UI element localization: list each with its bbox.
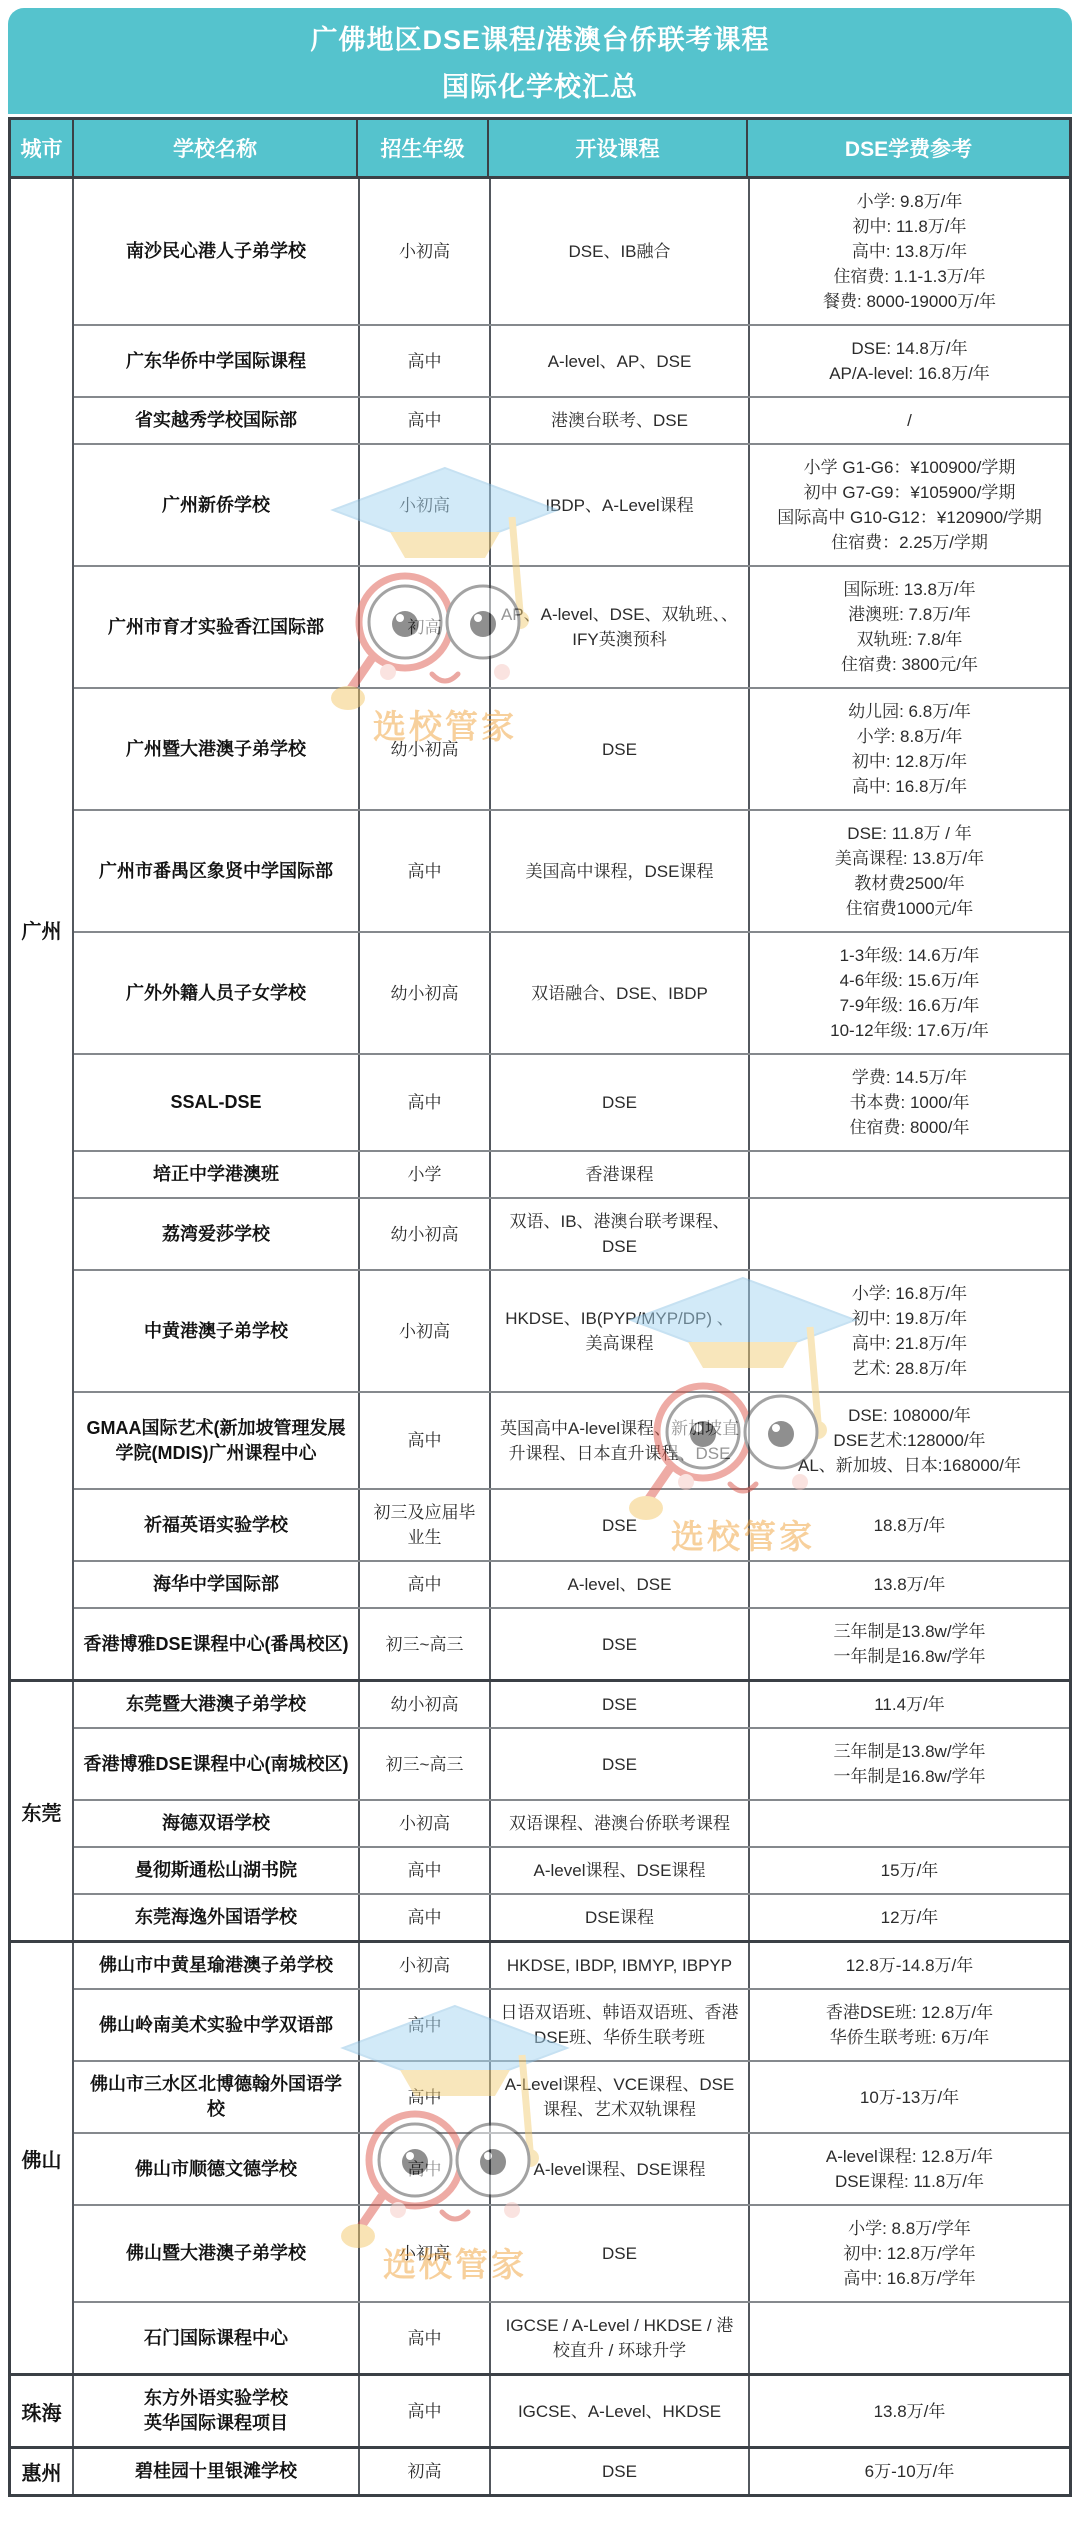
courses-cell: HKDSE, IBDP, IBMYP, IBPYP <box>489 1943 748 1988</box>
grade-cell: 小初高 <box>358 1271 489 1391</box>
grade-cell: 幼小初高 <box>358 689 489 809</box>
fee-line: 13.8万/年 <box>874 2399 946 2424</box>
fee-cell: 15万/年 <box>748 1848 1069 1893</box>
courses-cell: IGCSE、A-Level、HKDSE <box>489 2376 748 2446</box>
table-row: GMAA国际艺术(新加坡管理发展学院(MDIS)广州课程中心高中英国高中A-le… <box>74 1391 1069 1488</box>
school-name: 祈福英语实验学校 <box>74 1490 358 1560</box>
table-row: 省实越秀学校国际部高中港澳台联考、DSE/ <box>74 396 1069 443</box>
fee-line: 教材费2500/年 <box>854 871 965 896</box>
table-row: 石门国际课程中心高中IGCSE / A-Level / HKDSE / 港校直升… <box>74 2301 1069 2373</box>
fee-line: 国际高中 G10-G12：¥120900/学期 <box>777 505 1042 530</box>
grade-cell: 初高 <box>358 567 489 687</box>
fee-line: 18.8万/年 <box>874 1513 946 1538</box>
page: 广佛地区DSE课程/港澳台侨联考课程 国际化学校汇总 城市 学校名称 招生年级 … <box>0 0 1080 2530</box>
table-row: 香港博雅DSE课程中心(番禺校区)初三~高三DSE三年制是13.8w/学年一年制… <box>74 1607 1069 1679</box>
grade-cell: 高中 <box>358 2303 489 2373</box>
fee-cell: 小学: 8.8万/学年初中: 12.8万/学年高中: 16.8万/学年 <box>748 2206 1069 2301</box>
school-name: GMAA国际艺术(新加坡管理发展学院(MDIS)广州课程中心 <box>74 1393 358 1488</box>
school-name: 东莞暨大港澳子弟学校 <box>74 1682 358 1727</box>
table-row: 广州暨大港澳子弟学校幼小初高DSE幼儿园: 6.8万/年小学: 8.8万/年初中… <box>74 687 1069 809</box>
fee-cell <box>748 1199 1069 1269</box>
school-name: 南沙民心港人子弟学校 <box>74 179 358 324</box>
fee-cell: DSE: 108000/年DSE艺术:128000/年AL、新加坡、日本:168… <box>748 1393 1069 1488</box>
fee-line: DSE: 108000/年 <box>848 1403 971 1428</box>
table-row: 广外外籍人员子女学校幼小初高双语融合、DSE、IBDP1-3年级: 14.6万/… <box>74 931 1069 1053</box>
grade-cell: 小初高 <box>358 2206 489 2301</box>
fee-cell: 18.8万/年 <box>748 1490 1069 1560</box>
fee-line: 小学: 8.8万/学年 <box>848 2216 971 2241</box>
school-name: 东方外语实验学校 英华国际课程项目 <box>74 2376 358 2446</box>
fee-cell: 11.4万/年 <box>748 1682 1069 1727</box>
fee-line: 12.8万-14.8万/年 <box>846 1953 974 1978</box>
school-name: 中黄港澳子弟学校 <box>74 1271 358 1391</box>
fee-line: 4-6年级: 15.6万/年 <box>840 968 980 993</box>
grade-cell: 高中 <box>358 1848 489 1893</box>
grade-cell: 小学 <box>358 1152 489 1197</box>
fee-line: 国际班: 13.8万/年 <box>843 577 975 602</box>
fee-line: AL、新加坡、日本:168000/年 <box>798 1453 1021 1478</box>
courses-cell: DSE <box>489 2449 748 2494</box>
courses-cell: IGCSE / A-Level / HKDSE / 港校直升 / 环球升学 <box>489 2303 748 2373</box>
fee-line: 三年制是13.8w/学年 <box>833 1739 985 1764</box>
grade-cell: 初三~高三 <box>358 1609 489 1679</box>
fee-line: 香港DSE班: 12.8万/年 <box>826 2000 993 2025</box>
fee-cell: 10万-13万/年 <box>748 2062 1069 2132</box>
fee-line: / <box>907 408 912 433</box>
table-row: 佛山暨大港澳子弟学校小初高DSE小学: 8.8万/学年初中: 12.8万/学年高… <box>74 2204 1069 2301</box>
fee-cell: 小学: 16.8万/年初中: 19.8万/年高中: 21.8万/年艺术: 28.… <box>748 1271 1069 1391</box>
city-rows: 碧桂园十里银滩学校初高DSE6万-10万/年 <box>72 2449 1069 2494</box>
fee-line: DSE: 11.8万 / 年 <box>847 821 971 846</box>
fee-line: 12万/年 <box>881 1905 939 1930</box>
table-row: 香港博雅DSE课程中心(南城校区)初三~高三DSE三年制是13.8w/学年一年制… <box>74 1727 1069 1799</box>
fee-line: 1-3年级: 14.6万/年 <box>840 943 980 968</box>
city-label: 佛山 <box>11 1943 72 2373</box>
grade-cell: 高中 <box>358 2134 489 2204</box>
fee-line: 书本费: 1000/年 <box>850 1090 970 1115</box>
grade-cell: 初高 <box>358 2449 489 2494</box>
fee-line: 13.8万/年 <box>874 1572 946 1597</box>
city-group: 东莞东莞暨大港澳子弟学校幼小初高DSE11.4万/年香港博雅DSE课程中心(南城… <box>11 1679 1069 1940</box>
grade-cell: 小初高 <box>358 1801 489 1846</box>
fee-line: 7-9年级: 16.6万/年 <box>840 993 980 1018</box>
grade-cell: 高中 <box>358 398 489 443</box>
table-row: 东莞海逸外国语学校高中DSE课程12万/年 <box>74 1893 1069 1940</box>
table-row: SSAL-DSE高中DSE学费: 14.5万/年书本费: 1000/年住宿费: … <box>74 1053 1069 1150</box>
fee-line: AP/A-level: 16.8万/年 <box>829 361 990 386</box>
title-line2: 国际化学校汇总 <box>442 65 638 104</box>
fee-cell: 国际班: 13.8万/年港澳班: 7.8万/年双轨班: 7.8/年住宿费: 38… <box>748 567 1069 687</box>
courses-cell: A-level、AP、DSE <box>489 326 748 396</box>
school-name: 广州新侨学校 <box>74 445 358 565</box>
courses-cell: HKDSE、IB(PYP/MYP/DP) 、美高课程 <box>489 1271 748 1391</box>
fee-line: 港澳班: 7.8万/年 <box>848 602 971 627</box>
table-row: 海德双语学校小初高双语课程、港澳台侨联考课程 <box>74 1799 1069 1846</box>
courses-cell: AP、A-level、DSE、双轨班、、IFY英澳预科 <box>489 567 748 687</box>
fee-cell: 三年制是13.8w/学年一年制是16.8w/学年 <box>748 1729 1069 1799</box>
courses-cell: 双语课程、港澳台侨联考课程 <box>489 1801 748 1846</box>
fee-line: 初中: 11.8万/年 <box>853 214 967 239</box>
grade-cell: 小初高 <box>358 179 489 324</box>
school-name: 广州市育才实验香江国际部 <box>74 567 358 687</box>
school-name: 佛山暨大港澳子弟学校 <box>74 2206 358 2301</box>
fee-line: 学费: 14.5万/年 <box>852 1065 967 1090</box>
fee-line: 初中: 12.8万/年 <box>852 749 967 774</box>
school-name: 广外外籍人员子女学校 <box>74 933 358 1053</box>
school-name: 佛山市中黄星瑜港澳子弟学校 <box>74 1943 358 1988</box>
grade-cell: 初三~高三 <box>358 1729 489 1799</box>
grade-cell: 高中 <box>358 1393 489 1488</box>
courses-cell: DSE <box>489 1490 748 1560</box>
courses-cell: A-level课程、DSE课程 <box>489 1848 748 1893</box>
fee-line: 初中: 19.8万/年 <box>852 1306 967 1331</box>
summary-table-wrapper: 广佛地区DSE课程/港澳台侨联考课程 国际化学校汇总 城市 学校名称 招生年级 … <box>8 8 1072 2497</box>
grade-cell: 高中 <box>358 326 489 396</box>
fee-line: 住宿费1000元/年 <box>846 896 974 921</box>
schools-table: 城市 学校名称 招生年级 开设课程 DSE学费参考 广州南沙民心港人子弟学校小初… <box>8 117 1072 2497</box>
grade-cell: 幼小初高 <box>358 933 489 1053</box>
table-row: 佛山市中黄星瑜港澳子弟学校小初高HKDSE, IBDP, IBMYP, IBPY… <box>74 1943 1069 1988</box>
fee-cell: 12万/年 <box>748 1895 1069 1940</box>
fee-line: 住宿费: 1.1-1.3万/年 <box>833 264 985 289</box>
table-row: 佛山市顺德文德学校高中A-level课程、DSE课程A-level课程: 12.… <box>74 2132 1069 2204</box>
courses-cell: DSE <box>489 2206 748 2301</box>
fee-cell <box>748 1801 1069 1846</box>
table-row: 中黄港澳子弟学校小初高HKDSE、IB(PYP/MYP/DP) 、美高课程小学:… <box>74 1269 1069 1391</box>
courses-cell: A-level课程、DSE课程 <box>489 2134 748 2204</box>
courses-cell: DSE <box>489 1682 748 1727</box>
school-name: 省实越秀学校国际部 <box>74 398 358 443</box>
courses-cell: DSE <box>489 1055 748 1150</box>
courses-cell: DSE <box>489 689 748 809</box>
fee-cell: 幼儿园: 6.8万/年小学: 8.8万/年初中: 12.8万/年高中: 16.8… <box>748 689 1069 809</box>
school-name: 佛山市顺德文德学校 <box>74 2134 358 2204</box>
fee-line: 艺术: 28.8万/年 <box>852 1356 967 1381</box>
fee-cell: 12.8万-14.8万/年 <box>748 1943 1069 1988</box>
city-group: 珠海东方外语实验学校 英华国际课程项目高中IGCSE、A-Level、HKDSE… <box>11 2373 1069 2446</box>
grade-cell: 小初高 <box>358 445 489 565</box>
fee-line: 住宿费: 8000/年 <box>850 1115 970 1140</box>
city-label: 广州 <box>11 179 72 1679</box>
header-row: 城市 学校名称 招生年级 开设课程 DSE学费参考 <box>11 120 1069 179</box>
city-label: 惠州 <box>11 2449 72 2494</box>
city-group: 惠州碧桂园十里银滩学校初高DSE6万-10万/年 <box>11 2446 1069 2494</box>
fee-line: 10万-13万/年 <box>860 2085 959 2110</box>
table-row: 曼彻斯通松山湖书院高中A-level课程、DSE课程15万/年 <box>74 1846 1069 1893</box>
fee-cell: 小学: 9.8万/年初中: 11.8万/年高中: 13.8万/年住宿费: 1.1… <box>748 179 1069 324</box>
fee-cell: 1-3年级: 14.6万/年4-6年级: 15.6万/年7-9年级: 16.6万… <box>748 933 1069 1053</box>
fee-line: 华侨生联考班: 6万/年 <box>830 2025 990 2050</box>
fee-cell: 香港DSE班: 12.8万/年华侨生联考班: 6万/年 <box>748 1990 1069 2060</box>
school-name: 广东华侨中学国际课程 <box>74 326 358 396</box>
table-row: 广州市育才实验香江国际部初高AP、A-level、DSE、双轨班、、IFY英澳预… <box>74 565 1069 687</box>
school-name: 培正中学港澳班 <box>74 1152 358 1197</box>
school-name: 荔湾爱莎学校 <box>74 1199 358 1269</box>
fee-line: A-level课程: 12.8万/年 <box>826 2144 993 2169</box>
table-row: 南沙民心港人子弟学校小初高DSE、IB融合小学: 9.8万/年初中: 11.8万… <box>74 179 1069 324</box>
table-row: 广州市番禺区象贤中学国际部高中美国高中课程，DSE课程DSE: 11.8万 / … <box>74 809 1069 931</box>
fee-cell: 三年制是13.8w/学年一年制是16.8w/学年 <box>748 1609 1069 1679</box>
courses-cell: 美国高中课程，DSE课程 <box>489 811 748 931</box>
fee-line: DSE: 14.8万/年 <box>851 336 967 361</box>
fee-cell: 小学 G1-G6：¥100900/学期初中 G7-G9：¥105900/学期国际… <box>748 445 1069 565</box>
fee-cell: DSE: 14.8万/年AP/A-level: 16.8万/年 <box>748 326 1069 396</box>
fee-cell: A-level课程: 12.8万/年DSE课程: 11.8万/年 <box>748 2134 1069 2204</box>
courses-cell: DSE、IB融合 <box>489 179 748 324</box>
table-row: 广州新侨学校小初高IBDP、A-Level课程小学 G1-G6：¥100900/… <box>74 443 1069 565</box>
fee-line: 一年制是16.8w/学年 <box>833 1644 985 1669</box>
grade-cell: 幼小初高 <box>358 1682 489 1727</box>
city-group: 佛山佛山市中黄星瑜港澳子弟学校小初高HKDSE, IBDP, IBMYP, IB… <box>11 1940 1069 2373</box>
fee-line: 美高课程: 13.8万/年 <box>835 846 984 871</box>
school-name: 广州暨大港澳子弟学校 <box>74 689 358 809</box>
courses-cell: DSE <box>489 1729 748 1799</box>
grade-cell: 高中 <box>358 2376 489 2446</box>
grade-cell: 高中 <box>358 2062 489 2132</box>
school-name: 佛山岭南美术实验中学双语部 <box>74 1990 358 2060</box>
fee-line: 小学 G1-G6：¥100900/学期 <box>804 455 1016 480</box>
city-rows: 南沙民心港人子弟学校小初高DSE、IB融合小学: 9.8万/年初中: 11.8万… <box>72 179 1069 1679</box>
courses-cell: 香港课程 <box>489 1152 748 1197</box>
school-name: 海华中学国际部 <box>74 1562 358 1607</box>
courses-cell: 港澳台联考、DSE <box>489 398 748 443</box>
grade-cell: 高中 <box>358 1055 489 1150</box>
fee-cell: DSE: 11.8万 / 年美高课程: 13.8万/年教材费2500/年住宿费1… <box>748 811 1069 931</box>
fee-cell: 6万-10万/年 <box>748 2449 1069 2494</box>
city-rows: 佛山市中黄星瑜港澳子弟学校小初高HKDSE, IBDP, IBMYP, IBPY… <box>72 1943 1069 2373</box>
fee-cell <box>748 2303 1069 2373</box>
courses-cell: 日语双语班、韩语双语班、香港DSE班、华侨生联考班 <box>489 1990 748 2060</box>
fee-line: 餐费: 8000-19000万/年 <box>823 289 996 314</box>
fee-line: 10-12年级: 17.6万/年 <box>830 1018 989 1043</box>
table-row: 广东华侨中学国际课程高中A-level、AP、DSEDSE: 14.8万/年AP… <box>74 324 1069 396</box>
table-body: 广州南沙民心港人子弟学校小初高DSE、IB融合小学: 9.8万/年初中: 11.… <box>11 179 1069 2494</box>
fee-line: 高中: 16.8万/年 <box>852 774 967 799</box>
title-line1: 广佛地区DSE课程/港澳台侨联考课程 <box>310 18 769 57</box>
table-row: 碧桂园十里银滩学校初高DSE6万-10万/年 <box>74 2449 1069 2494</box>
table-row: 佛山岭南美术实验中学双语部高中日语双语班、韩语双语班、香港DSE班、华侨生联考班… <box>74 1988 1069 2060</box>
city-rows: 东方外语实验学校 英华国际课程项目高中IGCSE、A-Level、HKDSE13… <box>72 2376 1069 2446</box>
header-cell-courses: 开设课程 <box>487 120 746 176</box>
grade-cell: 高中 <box>358 1895 489 1940</box>
courses-cell: DSE课程 <box>489 1895 748 1940</box>
courses-cell: 双语融合、DSE、IBDP <box>489 933 748 1053</box>
fee-line: 15万/年 <box>881 1858 939 1883</box>
table-row: 东莞暨大港澳子弟学校幼小初高DSE11.4万/年 <box>74 1682 1069 1727</box>
courses-cell: A-Level课程、VCE课程、DSE课程、艺术双轨课程 <box>489 2062 748 2132</box>
fee-line: 双轨班: 7.8/年 <box>857 627 963 652</box>
city-label: 东莞 <box>11 1682 72 1940</box>
fee-line: 6万-10万/年 <box>865 2459 955 2484</box>
fee-cell: 13.8万/年 <box>748 2376 1069 2446</box>
fee-line: DSE课程: 11.8万/年 <box>835 2169 984 2194</box>
school-name: 香港博雅DSE课程中心(南城校区) <box>74 1729 358 1799</box>
fee-line: 初中: 12.8万/学年 <box>843 2241 975 2266</box>
fee-line: 小学: 8.8万/年 <box>857 724 963 749</box>
table-row: 培正中学港澳班小学香港课程 <box>74 1150 1069 1197</box>
table-row: 祈福英语实验学校初三及应届毕业生DSE18.8万/年 <box>74 1488 1069 1560</box>
table-row: 东方外语实验学校 英华国际课程项目高中IGCSE、A-Level、HKDSE13… <box>74 2376 1069 2446</box>
grade-cell: 初三及应届毕业生 <box>358 1490 489 1560</box>
header-cell-fee: DSE学费参考 <box>746 120 1069 176</box>
school-name: 佛山市三水区北博德翰外国语学校 <box>74 2062 358 2132</box>
courses-cell: A-level、DSE <box>489 1562 748 1607</box>
school-name: 曼彻斯通松山湖书院 <box>74 1848 358 1893</box>
courses-cell: 双语、IB、港澳台联考课程、DSE <box>489 1199 748 1269</box>
city-group: 广州南沙民心港人子弟学校小初高DSE、IB融合小学: 9.8万/年初中: 11.… <box>11 179 1069 1679</box>
fee-line: 三年制是13.8w/学年 <box>833 1619 985 1644</box>
fee-line: 小学: 16.8万/年 <box>852 1281 967 1306</box>
fee-line: 高中: 21.8万/年 <box>852 1331 967 1356</box>
courses-cell: IBDP、A-Level课程 <box>489 445 748 565</box>
fee-cell: / <box>748 398 1069 443</box>
fee-cell <box>748 1152 1069 1197</box>
fee-line: DSE艺术:128000/年 <box>833 1428 985 1453</box>
fee-line: 住宿费: 3800元/年 <box>841 652 978 677</box>
school-name: 海德双语学校 <box>74 1801 358 1846</box>
table-row: 荔湾爱莎学校幼小初高双语、IB、港澳台联考课程、DSE <box>74 1197 1069 1269</box>
fee-line: 高中: 13.8万/年 <box>852 239 967 264</box>
header-cell-school: 学校名称 <box>72 120 356 176</box>
school-name: SSAL-DSE <box>74 1055 358 1150</box>
school-name: 碧桂园十里银滩学校 <box>74 2449 358 2494</box>
fee-line: 小学: 9.8万/年 <box>857 189 963 214</box>
fee-line: 住宿费：2.25万/学期 <box>831 530 988 555</box>
header-cell-grade: 招生年级 <box>356 120 487 176</box>
fee-line: 初中 G7-G9：¥105900/学期 <box>804 480 1016 505</box>
header-cell-city: 城市 <box>11 120 72 176</box>
fee-line: 11.4万/年 <box>874 1692 945 1717</box>
fee-cell: 13.8万/年 <box>748 1562 1069 1607</box>
school-name: 广州市番禺区象贤中学国际部 <box>74 811 358 931</box>
city-rows: 东莞暨大港澳子弟学校幼小初高DSE11.4万/年香港博雅DSE课程中心(南城校区… <box>72 1682 1069 1940</box>
fee-line: 一年制是16.8w/学年 <box>833 1764 985 1789</box>
school-name: 东莞海逸外国语学校 <box>74 1895 358 1940</box>
grade-cell: 高中 <box>358 811 489 931</box>
courses-cell: 英国高中A-level课程、新加坡直升课程、日本直升课程、DSE <box>489 1393 748 1488</box>
fee-cell: 学费: 14.5万/年书本费: 1000/年住宿费: 8000/年 <box>748 1055 1069 1150</box>
city-label: 珠海 <box>11 2376 72 2446</box>
courses-cell: DSE <box>489 1609 748 1679</box>
grade-cell: 幼小初高 <box>358 1199 489 1269</box>
school-name: 香港博雅DSE课程中心(番禺校区) <box>74 1609 358 1679</box>
table-row: 海华中学国际部高中A-level、DSE13.8万/年 <box>74 1560 1069 1607</box>
grade-cell: 小初高 <box>358 1943 489 1988</box>
table-row: 佛山市三水区北博德翰外国语学校高中A-Level课程、VCE课程、DSE课程、艺… <box>74 2060 1069 2132</box>
fee-line: 高中: 16.8万/学年 <box>843 2266 975 2291</box>
title-banner: 广佛地区DSE课程/港澳台侨联考课程 国际化学校汇总 <box>8 8 1072 114</box>
grade-cell: 高中 <box>358 1562 489 1607</box>
grade-cell: 高中 <box>358 1990 489 2060</box>
fee-line: 幼儿园: 6.8万/年 <box>848 699 971 724</box>
school-name: 石门国际课程中心 <box>74 2303 358 2373</box>
